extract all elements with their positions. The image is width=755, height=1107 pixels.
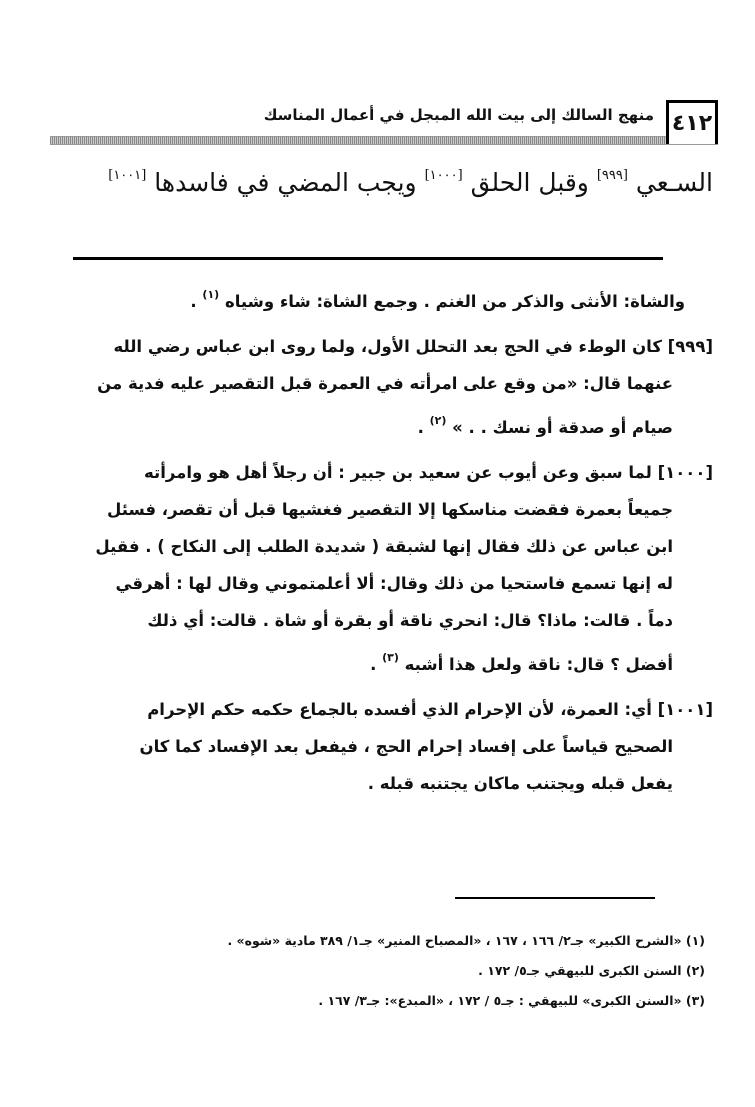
footnote-2: (٢) السنن الكبرى للبيهقي جـ٥/ ١٧٢ . — [105, 956, 705, 986]
paragraph-line: جميعاً بعمرة فقضت مناسكها إلا التقصير فغ… — [68, 491, 713, 528]
footnote-divider — [455, 897, 655, 899]
paragraph-999: [٩٩٩] كان الوطء في الحج بعد التحلل الأول… — [68, 328, 713, 446]
paragraph-shah: والشاة: الأنثى والذكر من الغنم . وجمع ال… — [68, 276, 713, 320]
paragraph-line: يفعل قبله ويجتنب ماكان يجتنبه قبله . — [68, 765, 713, 802]
paragraph-line-last: أفضل ؟ قال: ناقة ولعل هذا أشبه (٣) . — [68, 639, 713, 683]
paragraph-ending: . — [190, 292, 196, 311]
paragraph-line: [١٠٠١] أي: العمرة، لأن الإحرام الذي أفسد… — [68, 691, 713, 728]
matn-line: السـعي [٩٩٩] وقبل الحلق [١٠٠٠] ويجب المض… — [58, 168, 713, 197]
matn-ref-1001: [١٠٠١] — [108, 168, 146, 183]
header-divider — [50, 136, 718, 145]
paragraph-line: [١٠٠٠] لما سبق وعن أيوب عن سعيد بن جبير … — [68, 454, 713, 491]
footnote-ref: (٣) — [382, 651, 399, 664]
footnote-ref: (٢) — [430, 414, 447, 427]
footnote-3: (٣) «السنن الكبرى» للبيهقي : جـ٥ / ١٧٢ ،… — [105, 986, 705, 1016]
paragraph-ending: . — [418, 418, 424, 437]
page-number: ٤١٢ — [666, 100, 718, 144]
matn-ref-999: [٩٩٩] — [597, 168, 628, 183]
matn-text-1: السـعي — [636, 168, 713, 197]
paragraph-line-last: صيام أو صدقة أو نسك . . » (٢) . — [68, 402, 713, 446]
paragraph-1001: [١٠٠١] أي: العمرة، لأن الإحرام الذي أفسد… — [68, 691, 713, 802]
paragraph-line: دماً . قالت: ماذا؟ قال: انحري ناقة أو بق… — [68, 602, 713, 639]
page-header: ٤١٢ منهج السالك إلى بيت الله المبجل في أ… — [50, 100, 718, 146]
paragraph-line: والشاة: الأنثى والذكر من الغنم . وجمع ال… — [225, 292, 685, 311]
running-title: منهج السالك إلى بيت الله المبجل في أعمال… — [50, 106, 654, 124]
matn-ref-1000: [١٠٠٠] — [425, 168, 463, 183]
paragraph-line: صيام أو صدقة أو نسك . . » — [452, 418, 673, 437]
paragraph-line: له إنها تسمع فاستحيا من ذلك وقال: ألا أع… — [68, 565, 713, 602]
paragraph-line: عنهما قال: «من وقع على امرأته في العمرة … — [68, 365, 713, 402]
paragraph-line: ابن عباس عن ذلك فقال إنها لشبقة ( شديدة … — [68, 528, 713, 565]
footnote-ref: (١) — [202, 288, 219, 301]
footnote-1: (١) «الشرح الكبير» جـ٢/ ١٦٦ ، ١٦٧ ، «الم… — [105, 926, 705, 956]
paragraph-line: الصحيح قياساً على إفساد إحرام الحج ، فيف… — [68, 728, 713, 765]
paragraph-line: [٩٩٩] كان الوطء في الحج بعد التحلل الأول… — [68, 328, 713, 365]
matn-text-3: ويجب المضي في فاسدها — [154, 168, 416, 197]
matn-text-2: وقبل الحلق — [471, 168, 589, 197]
footnotes: (١) «الشرح الكبير» جـ٢/ ١٦٦ ، ١٦٧ ، «الم… — [105, 926, 705, 1016]
matn-divider — [73, 257, 663, 260]
commentary: والشاة: الأنثى والذكر من الغنم . وجمع ال… — [68, 276, 713, 810]
paragraph-line: أفضل ؟ قال: ناقة ولعل هذا أشبه — [405, 655, 673, 674]
paragraph-ending: . — [370, 655, 376, 674]
book-page: ٤١٢ منهج السالك إلى بيت الله المبجل في أ… — [0, 0, 755, 1107]
paragraph-1000: [١٠٠٠] لما سبق وعن أيوب عن سعيد بن جبير … — [68, 454, 713, 683]
